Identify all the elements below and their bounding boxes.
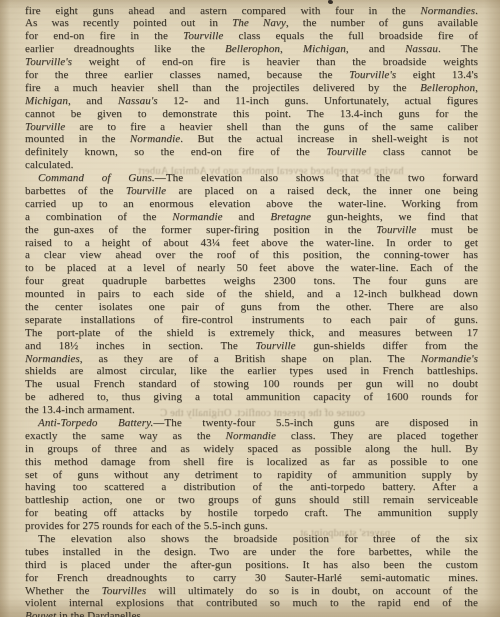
text-line: Whether the Tourvilles will ultimately d… — [25, 585, 478, 598]
text-line: mounted in pairs to each side of the shi… — [25, 288, 478, 301]
text-line: barbettes of the Tourville are placed on… — [25, 185, 478, 198]
text-line: to be placed at a level of nearly 50 fee… — [25, 262, 478, 275]
text-line: for end-on fire in the Tourville class e… — [25, 30, 478, 43]
text-line: tubes installed in the design. Two are u… — [25, 546, 478, 559]
paragraph: Anti-Torpedo Battery.—The twenty-four 5.… — [25, 417, 478, 533]
text-line: Tourville's weight of end-on fire is hea… — [25, 56, 478, 69]
text-line: for beating off attacks by hostile torpe… — [25, 507, 478, 520]
text-line: a clear view ahead over the roof of this… — [25, 249, 478, 262]
ink-speck — [328, 0, 333, 4]
text-line: Anti-Torpedo Battery.—The twenty-four 5.… — [25, 417, 478, 430]
text-line: Tourville are to fire a heavier shell th… — [25, 121, 478, 134]
text-line: Command of Guns.—The elevation also show… — [25, 172, 478, 185]
text-line: set of guns without any detriment to rap… — [25, 469, 478, 482]
text-line: four great quadruple barbettes weighs 23… — [25, 275, 478, 288]
text-line: the 13.4-inch armament. — [25, 404, 478, 417]
text-line: cannot be given to demonstrate this poin… — [25, 108, 478, 121]
text-line: separate installations of fire-control i… — [25, 314, 478, 327]
text-line: shields are almost circular, like the ea… — [25, 365, 478, 378]
text-line: carried up to an enormous elevation abov… — [25, 198, 478, 211]
text-line: battleship action, one or two groups of … — [25, 494, 478, 507]
text-column: fire eight guns ahead and astern compare… — [25, 5, 478, 617]
text-line: fire eight guns ahead and astern compare… — [25, 5, 478, 18]
text-line: raised to a height of about 43¼ feet abo… — [25, 237, 478, 250]
text-line: The usual French standard of stowing 100… — [25, 378, 478, 391]
paragraph: Command of Guns.—The elevation also show… — [25, 172, 478, 417]
text-line: having too scattered a distribution of t… — [25, 481, 478, 494]
paragraph: fire eight guns ahead and astern compare… — [25, 5, 478, 173]
text-line: the gun-axes of the former super-firing … — [25, 224, 478, 237]
text-line: for the three earlier classes named, bec… — [25, 69, 478, 82]
text-line: the center isolates one pair of guns fro… — [25, 301, 478, 314]
text-line: a combination of the Normandie and Breta… — [25, 211, 478, 224]
text-line: earlier dreadnoughts like the Belleropho… — [25, 43, 478, 56]
text-line: and 18½ inches in section. The Tourville… — [25, 340, 478, 353]
text-line: As was recently pointed out in The Navy,… — [25, 17, 478, 30]
scanned-page: having been replaced several months ago … — [0, 0, 500, 617]
text-line: in groups of three and as widely spaced … — [25, 443, 478, 456]
text-line: The port-plate of the shield is extremel… — [25, 327, 478, 340]
paragraph: The elevation also shows the broadside p… — [25, 533, 478, 610]
text-line: definitely known, so the end-on fire of … — [25, 146, 478, 159]
text-line: exactly the same way as the Normandie cl… — [25, 430, 478, 443]
text-line: fire a much heavier shell than the proje… — [25, 82, 478, 95]
text-line: be adhered to, thus giving a total ammun… — [25, 391, 478, 404]
text-line: provides for 275 rounds for each of the … — [25, 520, 478, 533]
text-line: calculated. — [25, 159, 478, 172]
text-line: Michigan, and Nassau's 12- and 11-inch g… — [25, 95, 478, 108]
text-line: mounted in the Normandie. But the actual… — [25, 133, 478, 146]
text-line: violent internal explosions that contrib… — [25, 597, 478, 610]
partial-text-line: Bouvet in the Dardanelles. — [25, 610, 478, 617]
text-line: for French dreadnoughts to carry 30 Saut… — [25, 572, 478, 585]
text-line: this method damage from shell fire is lo… — [25, 456, 478, 469]
text-line: The elevation also shows the broadside p… — [25, 533, 478, 546]
text-line: third is placed under the after-gun posi… — [25, 559, 478, 572]
text-line: Normandies, as they are of a British sha… — [25, 353, 478, 366]
